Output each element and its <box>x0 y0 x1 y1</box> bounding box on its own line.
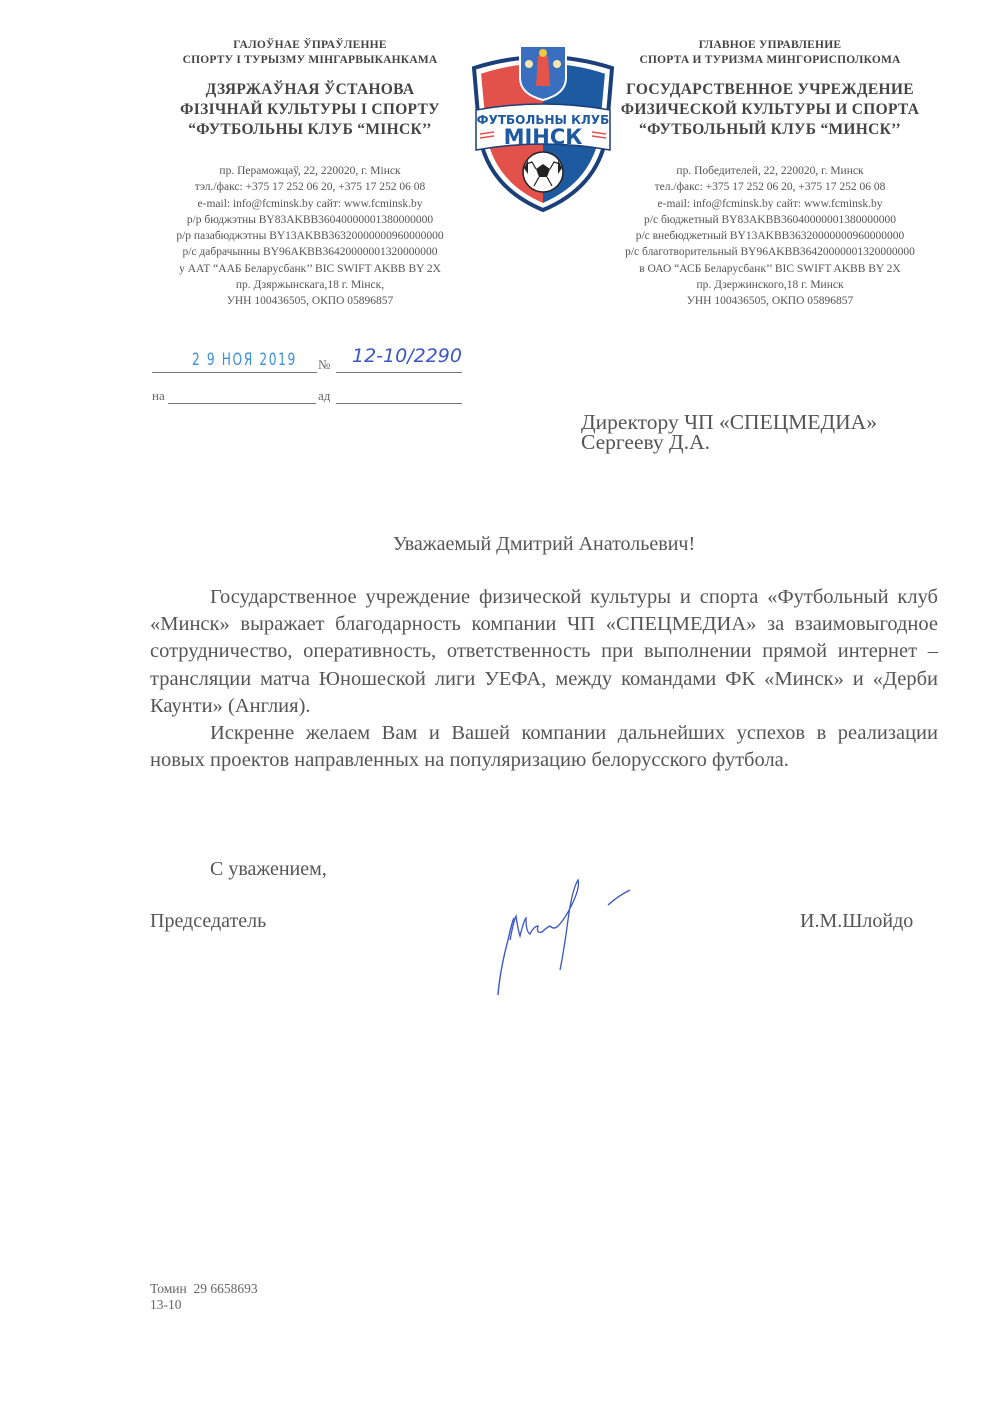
from-field <box>336 385 462 404</box>
bank-address-line: пр. Дзяржынскага,18 г. Мінск, <box>140 277 480 293</box>
signer-name: И.М.Шлойдо <box>800 910 913 933</box>
executor-contact: Томин 29 6658693 <box>150 1281 258 1297</box>
number-value: 12-10/2290 <box>352 345 462 367</box>
account-line: р/с дабрачынны BY96AKBB36420000001320000… <box>140 244 480 260</box>
closing: С уважением, <box>210 858 327 881</box>
org-name-line-3: “ФУТБОЛЬНЫЙ КЛУБ “МИНСК’’ <box>590 120 950 140</box>
account-line: р/с внебюджетный BY13AKBB363200000009600… <box>590 228 950 244</box>
footer: Томин 29 6658693 13-10 <box>150 1281 258 1313</box>
letterhead-left: ГАЛОЎНАЕ ЎПРАЎЛЕННЕ СПОРТУ І ТУРЫЗМУ МІН… <box>140 38 480 310</box>
org-name-line-1: ДЗЯРЖАЎНАЯ ЎСТАНОВА <box>140 80 480 100</box>
tax-id-line: УНН 100436505, ОКПО 05896857 <box>590 293 950 309</box>
email-line: e-mail: info@fcminsk.by сайт: www.fcmins… <box>140 196 480 212</box>
tax-id-line: УНН 100436505, ОКПО 05896857 <box>140 293 480 309</box>
letter-body: Государственное учреждение физической ку… <box>150 584 938 774</box>
paragraph-wishes: Искренне желаем Вам и Вашей компании дал… <box>150 720 938 774</box>
to-field <box>168 385 316 404</box>
document-code: 13-10 <box>150 1297 258 1313</box>
account-line: р/с благотворительный BY96AKBB3642000000… <box>590 244 950 260</box>
signature-icon <box>480 860 660 1000</box>
greeting: Уважаемый Дмитрий Анатольевич! <box>150 533 938 556</box>
email-line: e-mail: info@fcminsk.by сайт: www.fcmins… <box>590 196 950 212</box>
org-name-line-3: “ФУТБОЛЬНЫ КЛУБ “МІНСК’’ <box>140 120 480 140</box>
bank-line: в ОАО “АСБ Беларусбанк’’ BIC SWIFT AKBB … <box>590 261 950 277</box>
phone-line: тэл./факс: +375 17 252 06 20, +375 17 25… <box>140 179 480 195</box>
letterhead-right: ГЛАВНОЕ УПРАВЛЕНИЕ СПОРТА И ТУРИЗМА МИНГ… <box>590 38 950 310</box>
addressee: Директору ЧП «СПЕЦМЕДИА» Сергееву Д.А. <box>581 412 877 452</box>
org-name-line-2: ФИЗИЧЕСКОЙ КУЛЬТУРЫ И СПОРТА <box>590 100 950 120</box>
account-line: р/р пазабюджэтны BY13AKBB363200000009600… <box>140 228 480 244</box>
paragraph-gratitude: Государственное учреждение физической ку… <box>150 584 938 720</box>
ministry-line-1: ГЛАВНОЕ УПРАВЛЕНИЕ <box>590 38 950 53</box>
account-line: р/р бюджэтны BY83AKBB3604000000138000000… <box>140 212 480 228</box>
account-line: р/с бюджетный BY83AKBB360400000013800000… <box>590 212 950 228</box>
address-line: пр. Пераможцаў, 22, 220020, г. Мінск <box>140 163 480 179</box>
svg-text:МІНСК: МІНСК <box>504 125 583 149</box>
signature <box>480 860 660 1000</box>
ministry-line-1: ГАЛОЎНАЕ ЎПРАЎЛЕННЕ <box>140 38 480 53</box>
signer-title: Председатель <box>150 910 266 933</box>
addressee-name: Сергееву Д.А. <box>581 432 877 452</box>
org-name-line-2: ФІЗІЧНАЙ КУЛЬТУРЫ І СПОРТУ <box>140 100 480 120</box>
bank-line: у ААТ “ААБ Беларусбанк’’ BIC SWIFT AKBB … <box>140 261 480 277</box>
number-label: № <box>318 357 330 373</box>
address-line: пр. Победителей, 22, 220020, г. Минск <box>590 163 950 179</box>
from-label: ад <box>318 388 330 404</box>
ministry-line-2: СПОРТУ І ТУРЫЗМУ МІНГАРВЫКАНКАМА <box>140 53 480 68</box>
to-label: на <box>152 388 165 404</box>
ministry-line-2: СПОРТА И ТУРИЗМА МИНГОРИСПОЛКОМА <box>590 53 950 68</box>
bank-address-line: пр. Дзержинского,18 г. Минск <box>590 277 950 293</box>
org-name-line-1: ГОСУДАРСТВЕННОЕ УЧРЕЖДЕНИЕ <box>590 80 950 100</box>
phone-line: тел./факс: +375 17 252 06 20, +375 17 25… <box>590 179 950 195</box>
addressee-position: Директору ЧП «СПЕЦМЕДИА» <box>581 412 877 432</box>
date-stamp: 2 9 НОЯ 2019 <box>192 350 297 370</box>
